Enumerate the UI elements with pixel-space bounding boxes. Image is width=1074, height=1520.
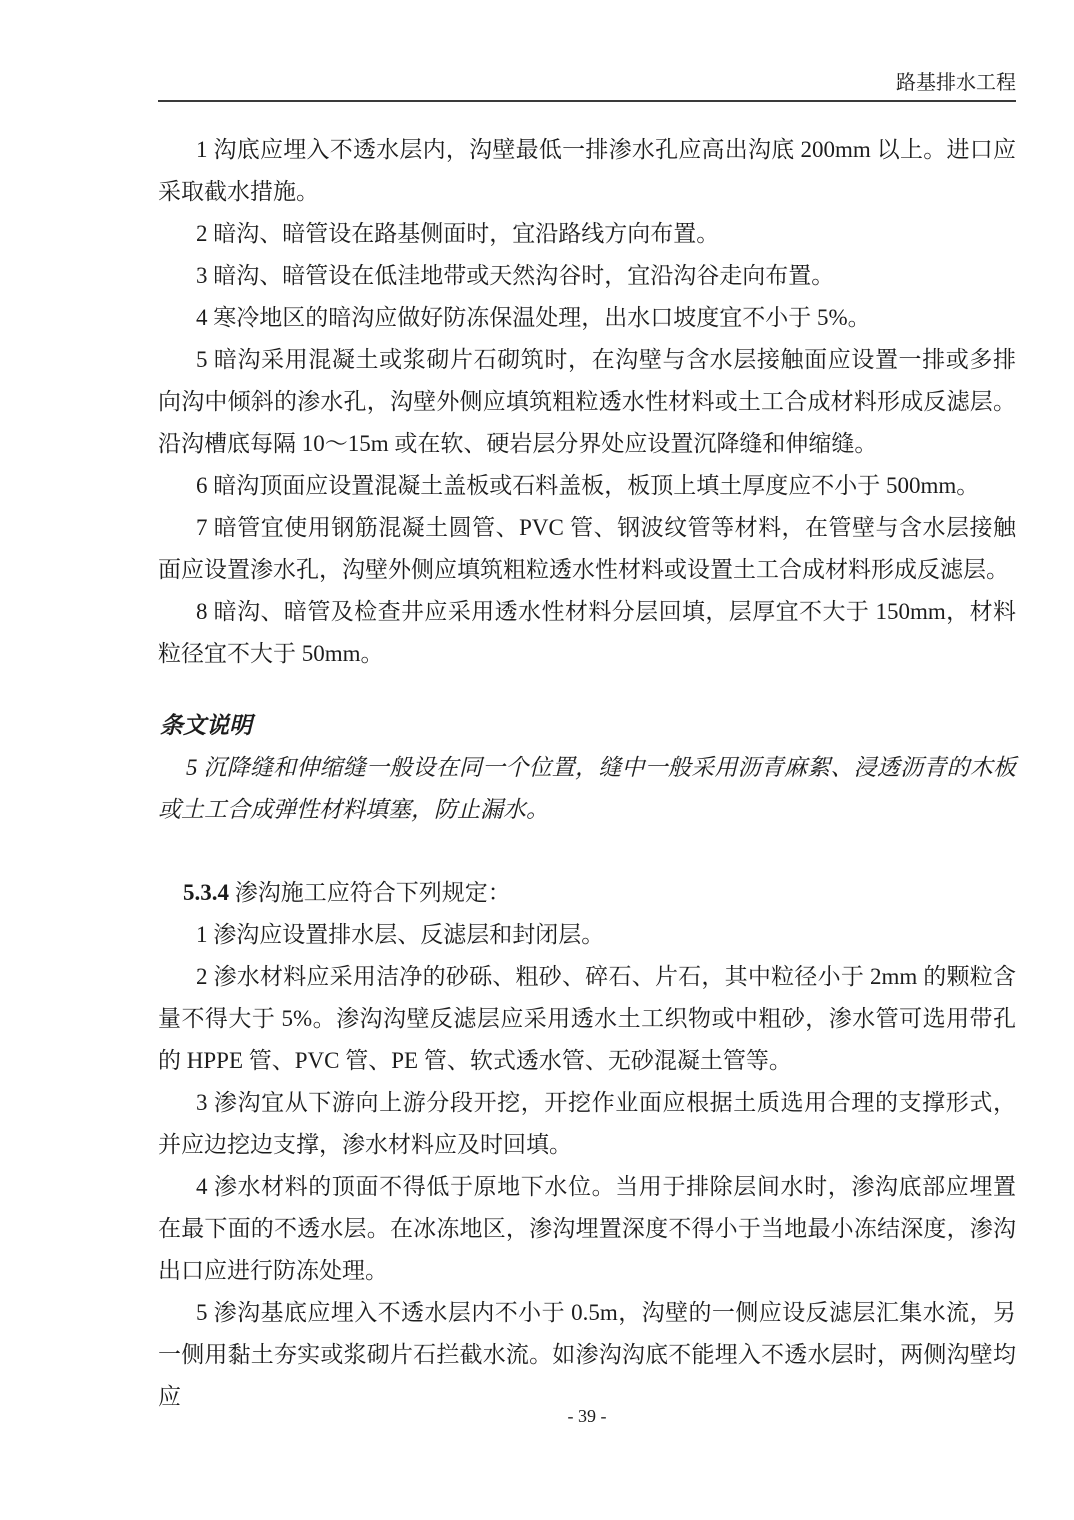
explanation-body: 5 沉降缝和伸缩缝一般设在同一个位置，缝中一般采用沥青麻絮、浸透沥青的木板或土工… (158, 747, 1016, 831)
clause-534-item-1: 1 渗沟应设置排水层、反滤层和封闭层。 (158, 914, 1016, 956)
page-number: - 39 - (568, 1406, 607, 1426)
clause-534-heading: 5.3.4 渗沟施工应符合下列规定： (158, 872, 1016, 914)
explanation-heading: 条文说明 (158, 705, 1016, 747)
clause-533-item-7: 7 暗管宜使用钢筋混凝土圆管、PVC 管、钢波纹管等材料，在管壁与含水层接触面应… (158, 507, 1016, 591)
clause-533-item-4: 4 寒冷地区的暗沟应做好防冻保温处理，出水口坡度宜不小于 5%。 (158, 297, 1016, 339)
clause-533-item-1: 1 沟底应埋入不透水层内，沟壁最低一排渗水孔应高出沟底 200mm 以上。进口应… (158, 129, 1016, 213)
clause-533-item-5: 5 暗沟采用混凝土或浆砌片石砌筑时，在沟壁与含水层接触面应设置一排或多排向沟中倾… (158, 339, 1016, 465)
clause-534-title: 渗沟施工应符合下列规定： (235, 880, 511, 905)
clause-533-item-2: 2 暗沟、暗管设在路基侧面时，宜沿路线方向布置。 (158, 213, 1016, 255)
document-body: 1 沟底应埋入不透水层内，沟壁最低一排渗水孔应高出沟底 200mm 以上。进口应… (158, 129, 1016, 1418)
clause-534-item-2: 2 渗水材料应采用洁净的砂砾、粗砂、碎石、片石，其中粒径小于 2mm 的颗粒含量… (158, 956, 1016, 1082)
header-title: 路基排水工程 (896, 72, 1016, 94)
page-footer: - 39 - (158, 1404, 1016, 1428)
clause-533-item-8: 8 暗沟、暗管及检查井应采用透水性材料分层回填，层厚宜不大于 150mm，材料粒… (158, 591, 1016, 675)
clause-534-number: 5.3.4 (183, 880, 229, 905)
document-page: 路基排水工程 1 沟底应埋入不透水层内，沟壁最低一排渗水孔应高出沟底 200mm… (0, 0, 1074, 1520)
clause-533-item-6: 6 暗沟顶面应设置混凝土盖板或石料盖板，板顶上填土厚度应不小于 500mm。 (158, 465, 1016, 507)
clause-534-item-4: 4 渗水材料的顶面不得低于原地下水位。当用于排除层间水时，渗沟底部应埋置在最下面… (158, 1166, 1016, 1292)
page-header: 路基排水工程 (158, 70, 1016, 102)
clause-534-item-5: 5 渗沟基底应埋入不透水层内不小于 0.5m，沟壁的一侧应设反滤层汇集水流，另一… (158, 1292, 1016, 1418)
clause-533-item-3: 3 暗沟、暗管设在低洼地带或天然沟谷时，宜沿沟谷走向布置。 (158, 255, 1016, 297)
clause-534-item-3: 3 渗沟宜从下游向上游分段开挖，开挖作业面应根据土质选用合理的支撑形式，并应边挖… (158, 1082, 1016, 1166)
